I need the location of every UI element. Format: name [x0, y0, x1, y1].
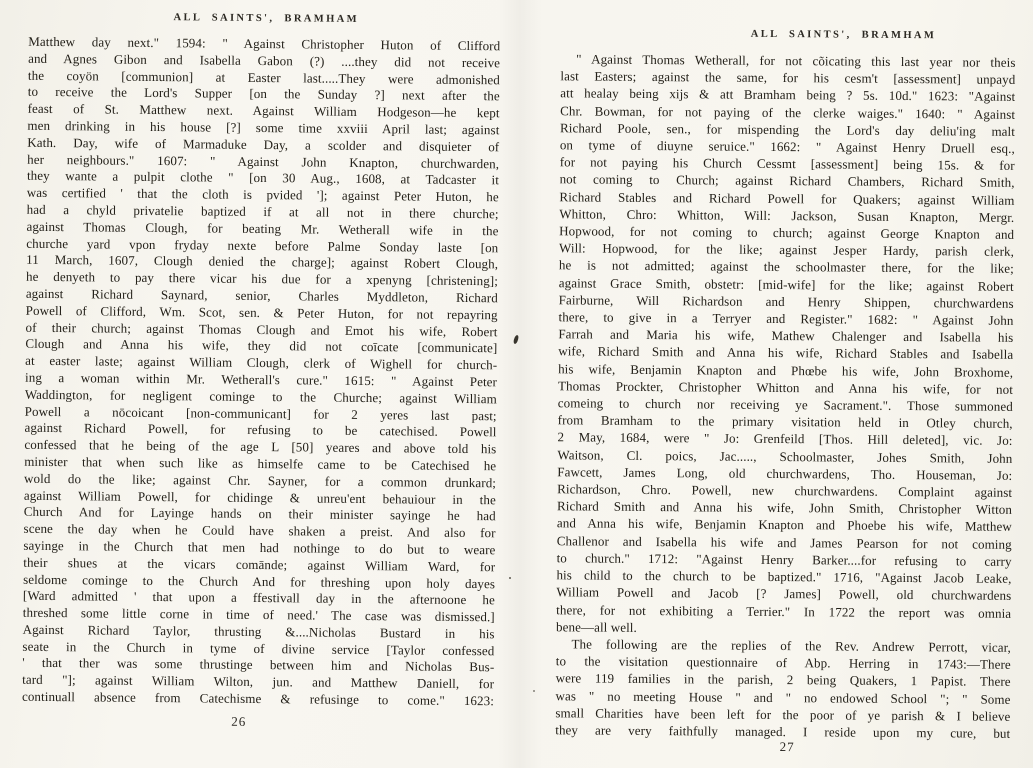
page-number-left: 26 [209, 714, 269, 731]
page-left: ALL SAINTS', BRAMHAM Matthew day next." … [0, 0, 520, 768]
text-line: continuall absence from Catechisme & ref… [22, 689, 494, 710]
running-header-right: ALL SAINTS', BRAMHAM [751, 29, 899, 41]
page-left-body-text: Matthew day next." 1594: " Against Chris… [22, 34, 500, 710]
page-number-right: 27 [757, 739, 817, 755]
page-right: ALL SAINTS', BRAMHAM " Against Thomas We… [514, 0, 1033, 768]
page-right-body-text: " Against Thomas Wetherall, for not cõic… [555, 50, 1015, 742]
paragraph-presentments: " Against Thomas Wetherall, for not cõic… [556, 50, 1016, 638]
running-header-left: ALL SAINTS', BRAMHAM [173, 12, 315, 24]
paragraph-visitation-replies: The following are the replies of the Rev… [555, 635, 1011, 742]
book-scan-spread: ALL SAINTS', BRAMHAM Matthew day next." … [0, 0, 1033, 768]
